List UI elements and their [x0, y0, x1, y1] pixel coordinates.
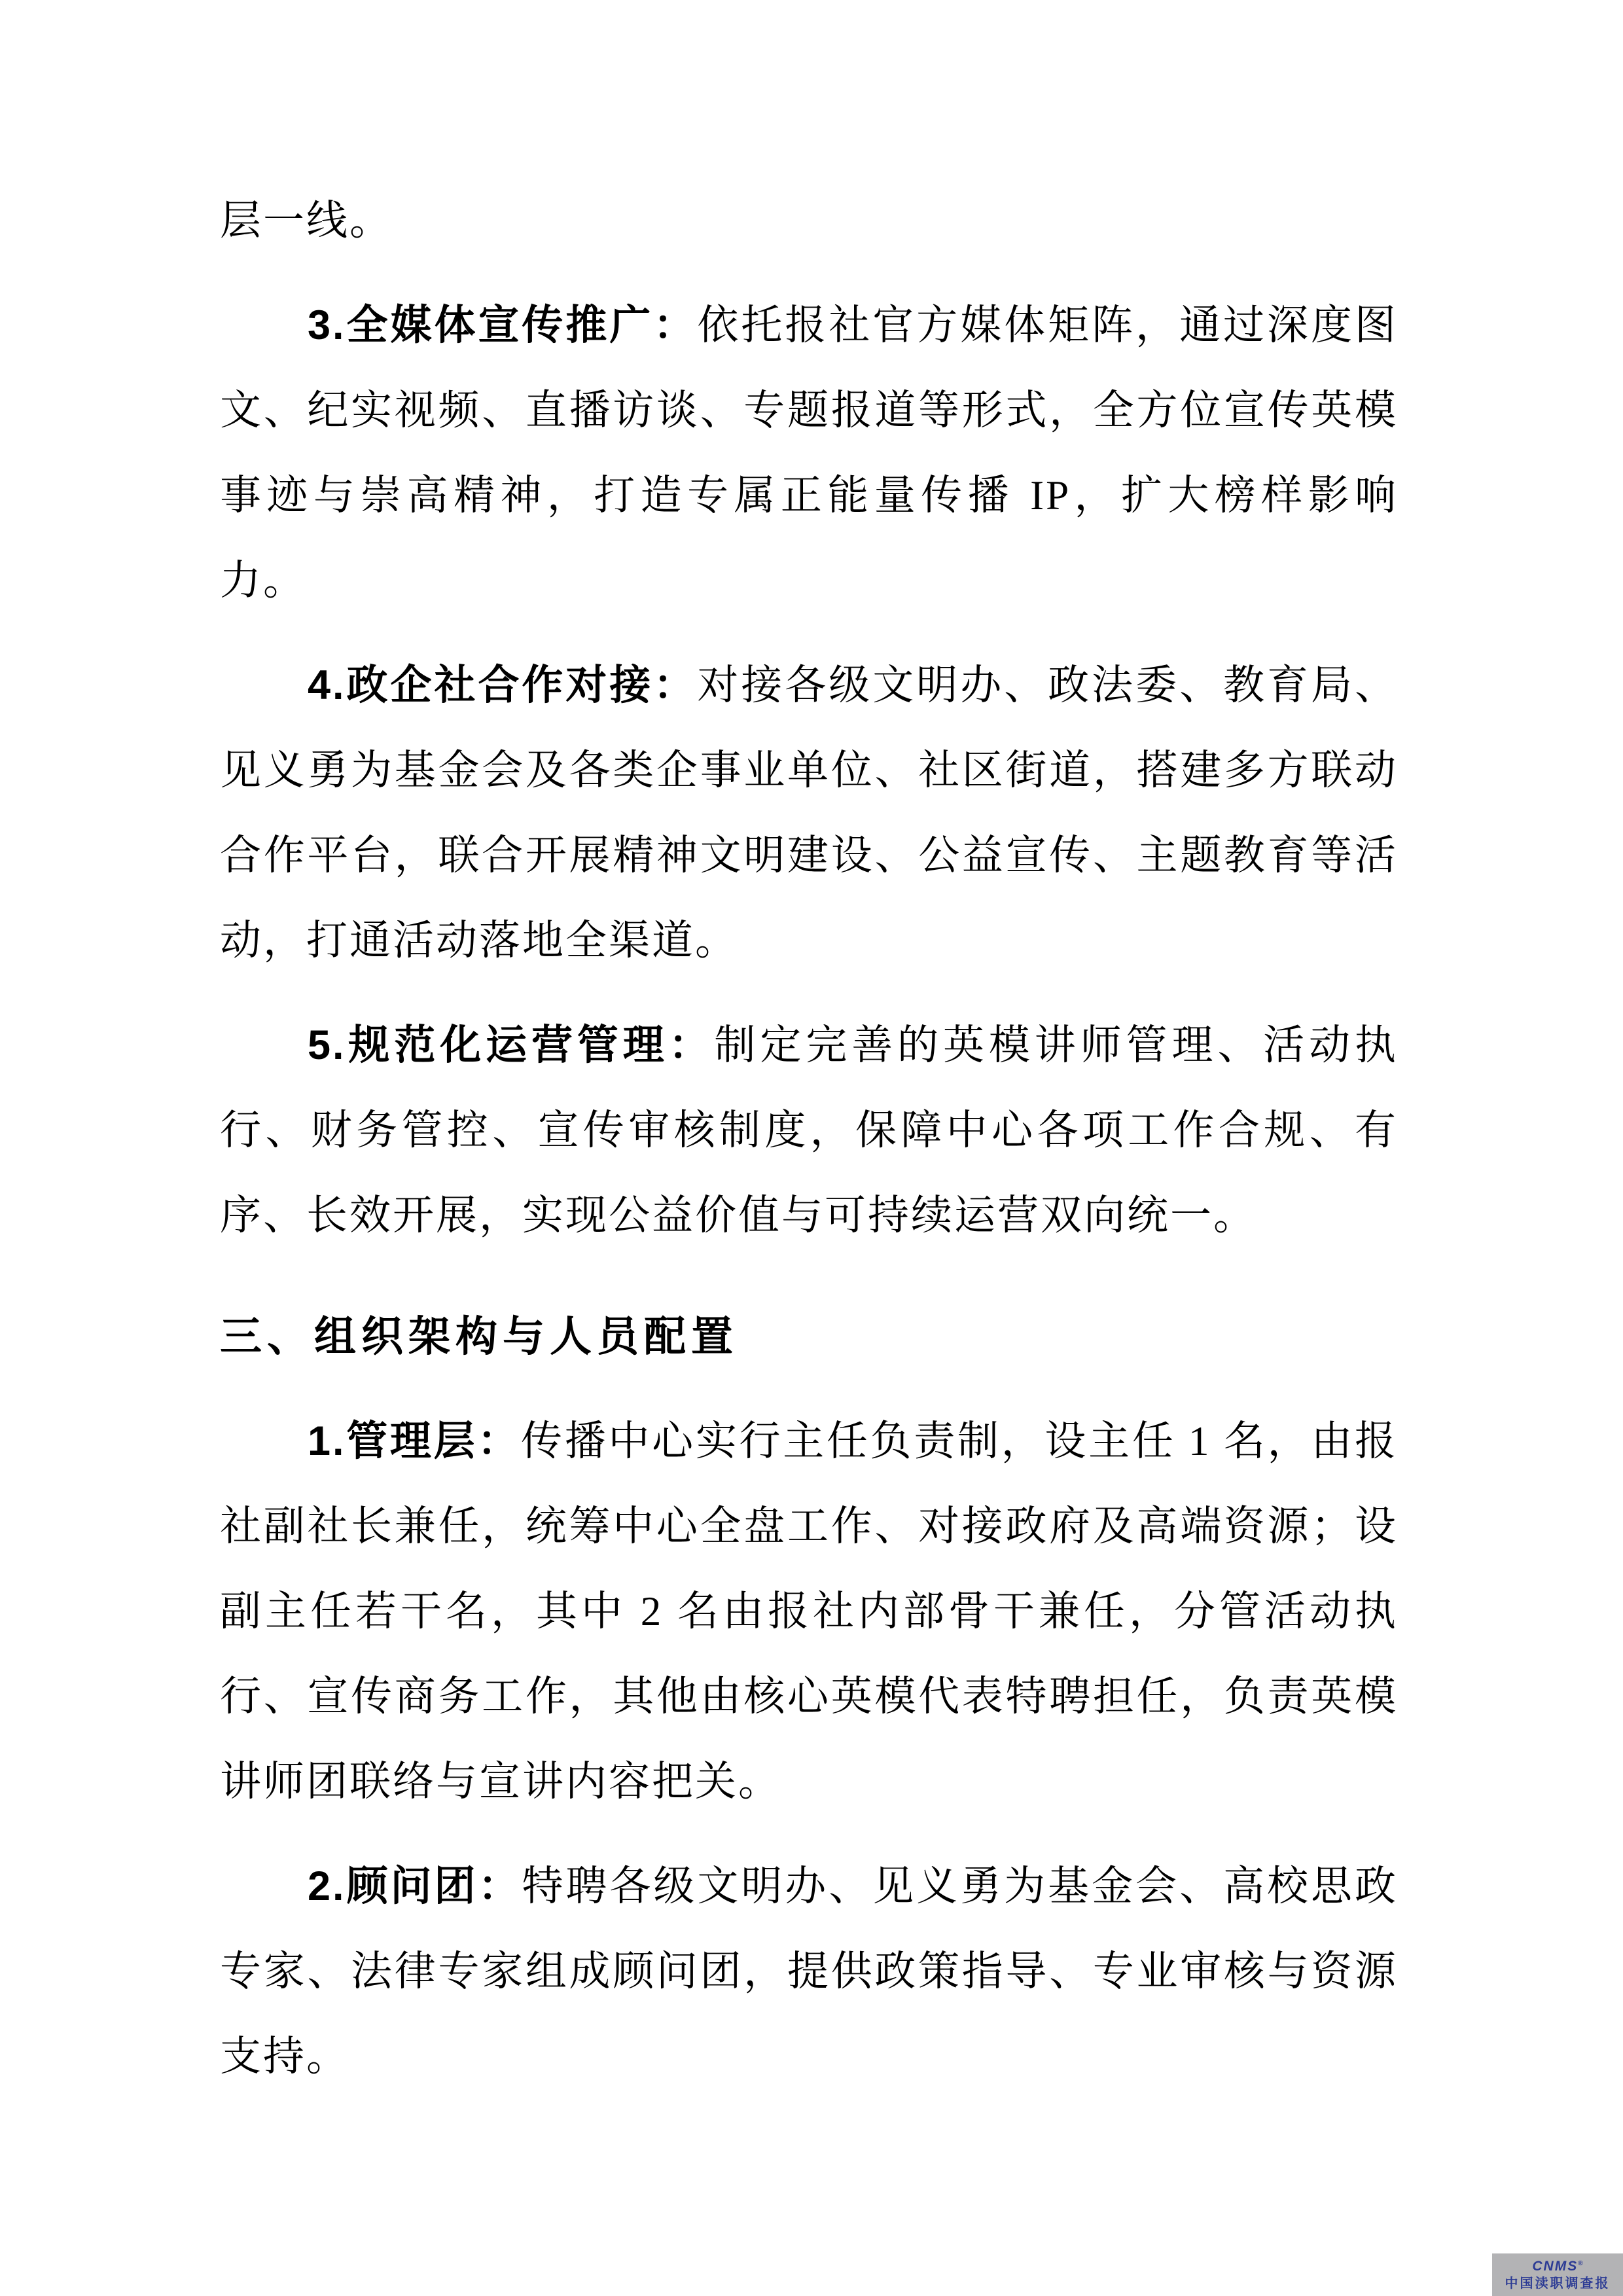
text-line: 见义勇为基金会及各类企事业单位、社区街道，搭建多方联动 — [220, 728, 1398, 813]
line-text: 对接各级文明办、政法委、教育局、 — [697, 662, 1398, 708]
text-line: 力。 — [220, 538, 1398, 623]
line-text: 文、纪实视频、直播访谈、专题报道等形式，全方位宣传英模 — [220, 387, 1398, 433]
text-line: 2.顾问团：特聘各级文明办、见义勇为基金会、高校思政 — [220, 1844, 1398, 1929]
cnms-watermark-logo: CNMS® 中国渎职调查报 — [1492, 2253, 1623, 2296]
line-text: 特聘各级文明办、见义勇为基金会、高校思政 — [522, 1863, 1398, 1909]
cnms-logo-text: CNMS — [1532, 2259, 1578, 2274]
line-text: 见义勇为基金会及各类企事业单位、社区街道，搭建多方联动 — [220, 747, 1398, 793]
line-text: 副主任若干名，其中 2 名由报社内部骨干兼任，分管活动执 — [220, 1588, 1398, 1634]
line-text: 行、财务管控、宣传审核制度，保障中心各项工作合规、有 — [220, 1107, 1398, 1153]
text-line: 4.政企社合作对接：对接各级文明办、政法委、教育局、 — [220, 643, 1398, 728]
line-text: 行、宣传商务工作，其他由核心英模代表特聘担任，负责英模 — [220, 1674, 1398, 1719]
text-line: 事迹与崇高精神，打造专属正能量传播 IP，扩大榜样影响 — [220, 453, 1398, 538]
registered-trademark-icon: ® — [1578, 2260, 1582, 2267]
paragraph-label: 3.全媒体宣传推广： — [308, 302, 697, 348]
paragraph-label: 2.顾问团： — [308, 1863, 522, 1909]
text-line: 序、长效开展，实现公益价值与可持续运营双向统一。 — [220, 1173, 1398, 1258]
line-text: 讲师团联络与宣讲内容把关。 — [220, 1759, 781, 1804]
line-text: 序、长效开展，实现公益价值与可持续运营双向统一。 — [220, 1193, 1257, 1238]
text-line: 行、宣传商务工作，其他由核心英模代表特聘担任，负责英模 — [220, 1654, 1398, 1739]
line-text: 动，打通活动落地全渠道。 — [220, 918, 738, 963]
paragraph-label: 1.管理层： — [308, 1418, 521, 1464]
text-line: 1.管理层：传播中心实行主任负责制，设主任 1 名，由报 — [220, 1399, 1398, 1484]
text-line: 合作平台，联合开展精神文明建设、公益宣传、主题教育等活 — [220, 813, 1398, 898]
paragraph-label: 4.政企社合作对接： — [308, 662, 697, 708]
document-page: 层一线。3.全媒体宣传推广：依托报社官方媒体矩阵，通过深度图文、纪实视频、直播访… — [0, 0, 1623, 2296]
line-text: 社副社长兼任，统筹中心全盘工作、对接政府及高端资源；设 — [220, 1503, 1398, 1549]
text-line: 行、财务管控、宣传审核制度，保障中心各项工作合规、有 — [220, 1088, 1398, 1173]
text-line: 动，打通活动落地全渠道。 — [220, 898, 1398, 983]
text-line: 5.规范化运营管理：制定完善的英模讲师管理、活动执 — [220, 1003, 1398, 1088]
paragraph-label: 5.规范化运营管理： — [308, 1022, 715, 1068]
text-line: 3.全媒体宣传推广：依托报社官方媒体矩阵，通过深度图 — [220, 283, 1398, 368]
line-text: 专家、法律专家组成顾问团，提供政策指导、专业审核与资源 — [220, 1948, 1398, 1994]
text-line: 副主任若干名，其中 2 名由报社内部骨干兼任，分管活动执 — [220, 1569, 1398, 1654]
text-line: 层一线。 — [220, 178, 1398, 263]
line-text: 力。 — [220, 558, 306, 603]
text-line: 支持。 — [220, 2014, 1398, 2099]
line-text: 合作平台，联合开展精神文明建设、公益宣传、主题教育等活 — [220, 833, 1398, 878]
section-heading: 三、组织架构与人员配置 — [220, 1291, 1398, 1382]
text-line: 文、纪实视频、直播访谈、专题报道等形式，全方位宣传英模 — [220, 368, 1398, 453]
line-text: 依托报社官方媒体矩阵，通过深度图 — [697, 302, 1398, 348]
cnms-logo-chinese-name: 中国渎职调查报 — [1505, 2277, 1611, 2290]
text-line: 专家、法律专家组成顾问团，提供政策指导、专业审核与资源 — [220, 1929, 1398, 2014]
line-text: 制定完善的英模讲师管理、活动执 — [715, 1022, 1398, 1068]
line-text: 传播中心实行主任负责制，设主任 1 名，由报 — [521, 1418, 1398, 1464]
text-line: 社副社长兼任，统筹中心全盘工作、对接政府及高端资源；设 — [220, 1484, 1398, 1569]
text-line: 讲师团联络与宣讲内容把关。 — [220, 1739, 1398, 1824]
cnms-logo-wordmark: CNMS® — [1532, 2259, 1582, 2273]
document-body: 层一线。3.全媒体宣传推广：依托报社官方媒体矩阵，通过深度图文、纪实视频、直播访… — [220, 178, 1398, 2099]
line-text: 事迹与崇高精神，打造专属正能量传播 IP，扩大榜样影响 — [220, 473, 1398, 518]
line-text: 支持。 — [220, 2034, 349, 2079]
line-text: 三、组织架构与人员配置 — [220, 1313, 738, 1360]
line-text: 层一线。 — [220, 198, 393, 243]
